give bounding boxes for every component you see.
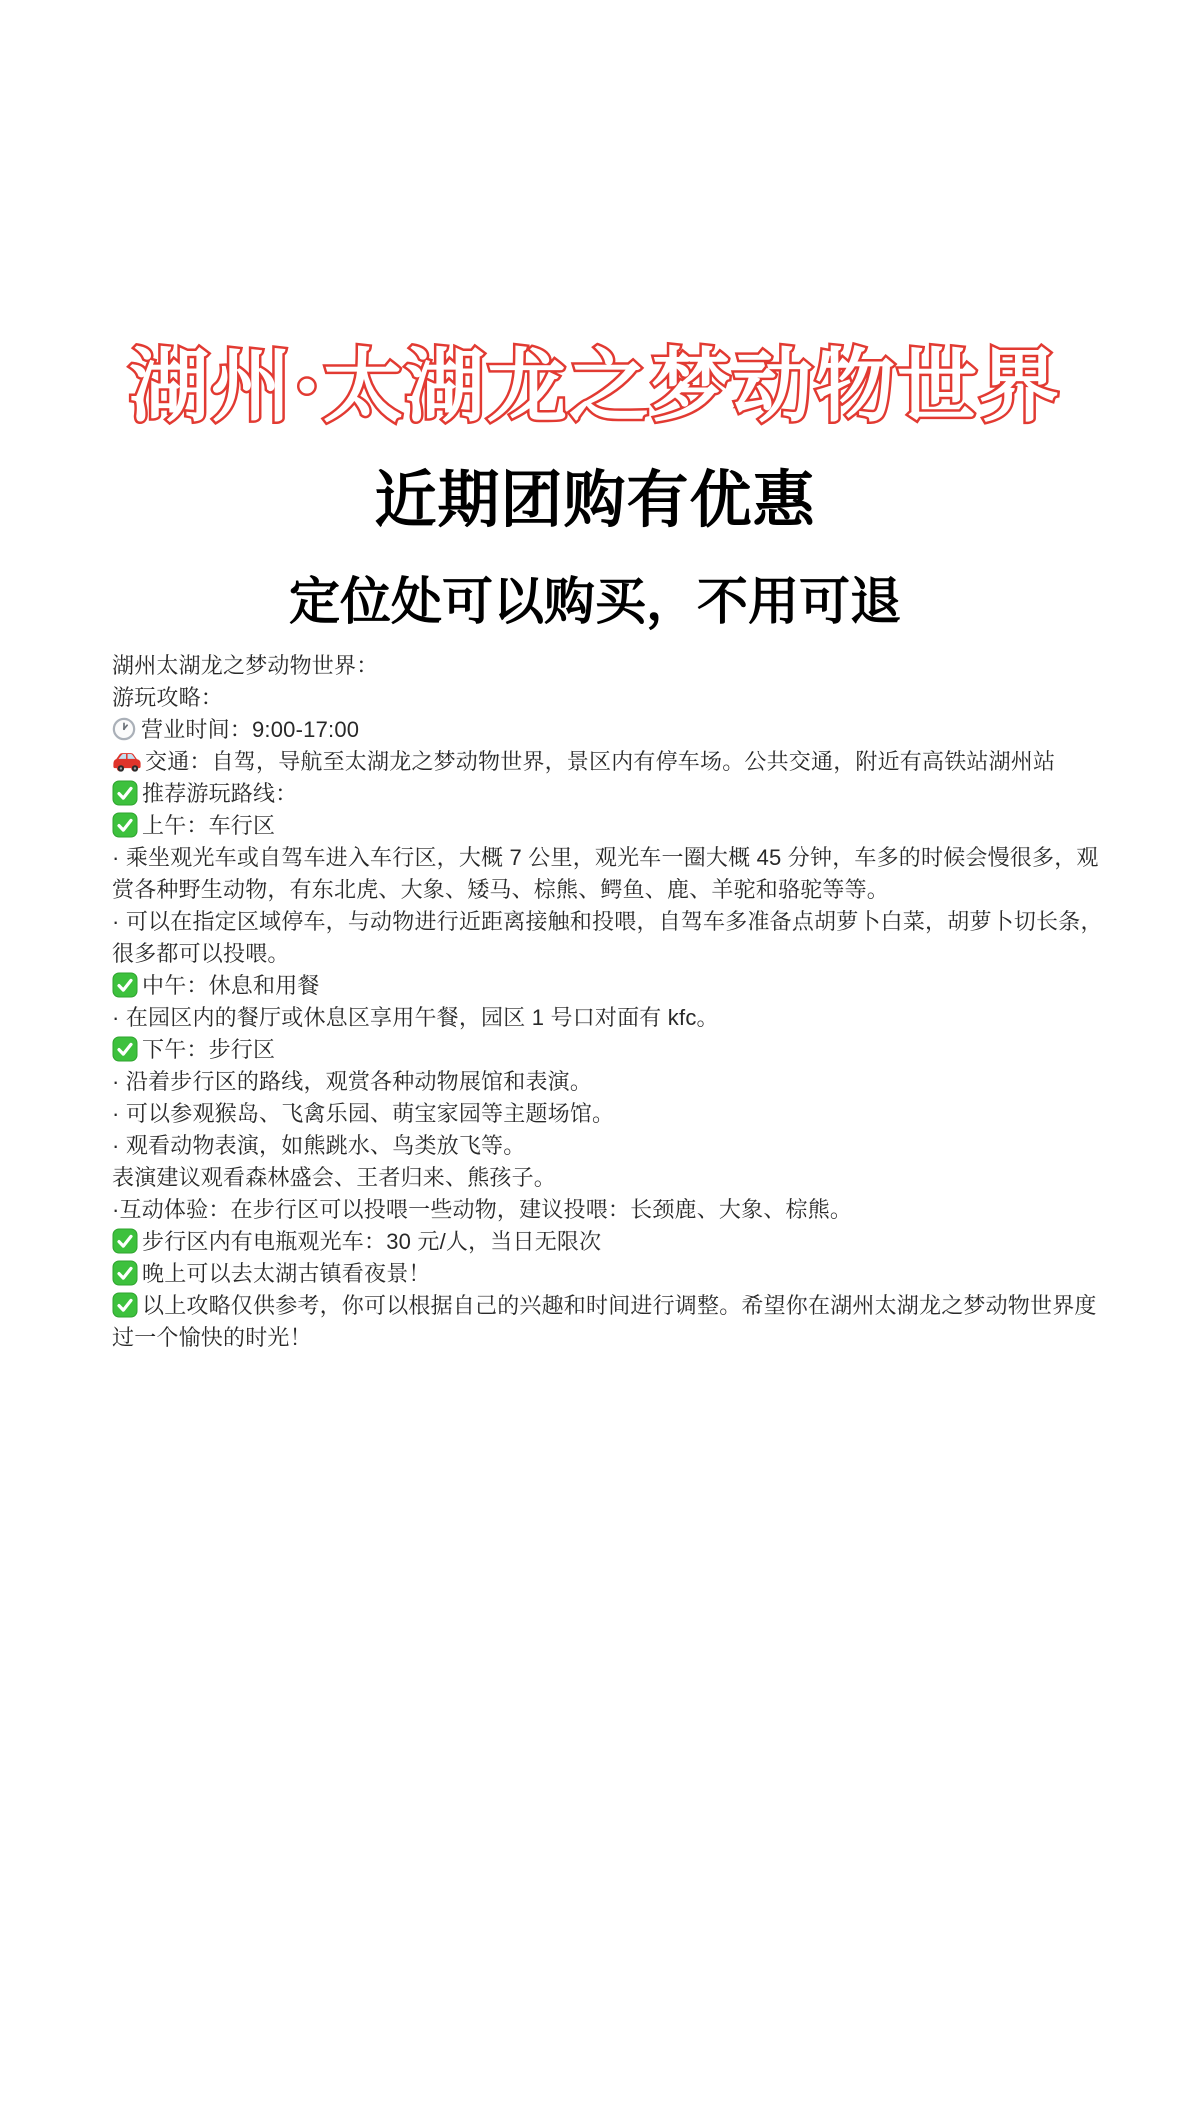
check-icon <box>112 812 138 838</box>
guide-line: 交通：自驾，导航至太湖龙之梦动物世界，景区内有停车场。公共交通，附近有高铁站湖州… <box>112 746 1106 778</box>
promo-subtitle: 近期团购有优惠 <box>0 450 1190 539</box>
guide-line: 上午：车行区 <box>112 810 1106 842</box>
check-icon <box>112 780 138 806</box>
check-icon <box>112 972 138 998</box>
guide-line: 晚上可以去太湖古镇看夜景！ <box>112 1258 1106 1290</box>
guide-line: 营业时间：9:00-17:00 <box>112 714 1106 746</box>
guide-line-text: · 乘坐观光车或自驾车进入车行区，大概 7 公里，观光车一圈大概 45 分钟，车… <box>112 845 1099 902</box>
guide-line-text: 交通：自驾，导航至太湖龙之梦动物世界，景区内有停车场。公共交通，附近有高铁站湖州… <box>145 749 1055 774</box>
guide-line-text: · 观看动物表演，如熊跳水、鸟类放飞等。 <box>112 1133 525 1158</box>
guide-line: ·互动体验：在步行区可以投喂一些动物，建议投喂：长颈鹿、大象、棕熊。 <box>112 1194 1106 1226</box>
check-icon <box>112 1260 138 1286</box>
guide-line: 以上攻略仅供参考，你可以根据自己的兴趣和时间进行调整。希望你在湖州太湖龙之梦动物… <box>112 1290 1106 1354</box>
guide-line: 步行区内有电瓶观光车：30 元/人，当日无限次 <box>112 1226 1106 1258</box>
guide-line-text: 步行区内有电瓶观光车：30 元/人，当日无限次 <box>142 1229 601 1254</box>
guide-line-text: 上午：车行区 <box>142 813 275 838</box>
guide-line-text: 营业时间：9:00-17:00 <box>141 717 359 742</box>
page-title: 湖州·太湖龙之梦动物世界 <box>0 322 1190 437</box>
guide-line: 下午：步行区 <box>112 1034 1106 1066</box>
check-icon <box>112 1228 138 1254</box>
poster-page: 湖州·太湖龙之梦动物世界 近期团购有优惠 定位处可以购买，不用可退 湖州太湖龙之… <box>0 0 1190 2114</box>
guide-line: 湖州太湖龙之梦动物世界： <box>112 650 1106 682</box>
guide-line: · 沿着步行区的路线，观赏各种动物展馆和表演。 <box>112 1066 1106 1098</box>
guide-line-text: · 可以在指定区域停车，与动物进行近距离接触和投喂，自驾车多准备点胡萝卜白菜，胡… <box>112 909 1103 966</box>
guide-line-text: 晚上可以去太湖古镇看夜景！ <box>142 1261 431 1286</box>
guide-line-text: 以上攻略仅供参考，你可以根据自己的兴趣和时间进行调整。希望你在湖州太湖龙之梦动物… <box>112 1293 1097 1350</box>
guide-line-text: ·互动体验：在步行区可以投喂一些动物，建议投喂：长颈鹿、大象、棕熊。 <box>112 1197 852 1222</box>
guide-line: 推荐游玩路线： <box>112 778 1106 810</box>
purchase-note-subtitle: 定位处可以购买，不用可退 <box>0 560 1190 634</box>
guide-line: · 观看动物表演，如熊跳水、鸟类放飞等。 <box>112 1130 1106 1162</box>
guide-line-text: 中午：休息和用餐 <box>142 973 320 998</box>
guide-line: · 在园区内的餐厅或休息区享用午餐，园区 1 号口对面有 kfc。 <box>112 1002 1106 1034</box>
guide-line: · 乘坐观光车或自驾车进入车行区，大概 7 公里，观光车一圈大概 45 分钟，车… <box>112 842 1106 906</box>
guide-line-text: 推荐游玩路线： <box>142 781 297 806</box>
guide-line-text: · 在园区内的餐厅或休息区享用午餐，园区 1 号口对面有 kfc。 <box>112 1005 719 1030</box>
guide-line: · 可以在指定区域停车，与动物进行近距离接触和投喂，自驾车多准备点胡萝卜白菜，胡… <box>112 906 1106 970</box>
clock-icon <box>112 717 136 741</box>
guide-line-text: · 沿着步行区的路线，观赏各种动物展馆和表演。 <box>112 1069 592 1094</box>
guide-line-text: 下午：步行区 <box>142 1037 275 1062</box>
guide-line-text: 游玩攻略： <box>112 685 223 710</box>
guide-line: 中午：休息和用餐 <box>112 970 1106 1002</box>
guide-line: 游玩攻略： <box>112 682 1106 714</box>
guide-line-text: 表演建议观看森林盛会、王者归来、熊孩子。 <box>112 1165 556 1190</box>
guide-line-text: 湖州太湖龙之梦动物世界： <box>112 653 378 678</box>
guide-text-block: 湖州太湖龙之梦动物世界：游玩攻略：营业时间：9:00-17:00交通：自驾，导航… <box>112 650 1106 1354</box>
guide-line-text: · 可以参观猴岛、飞禽乐园、萌宝家园等主题场馆。 <box>112 1101 614 1126</box>
check-icon <box>112 1292 138 1318</box>
car-icon <box>112 749 142 774</box>
guide-line: · 可以参观猴岛、飞禽乐园、萌宝家园等主题场馆。 <box>112 1098 1106 1130</box>
check-icon <box>112 1036 138 1062</box>
guide-line: 表演建议观看森林盛会、王者归来、熊孩子。 <box>112 1162 1106 1194</box>
